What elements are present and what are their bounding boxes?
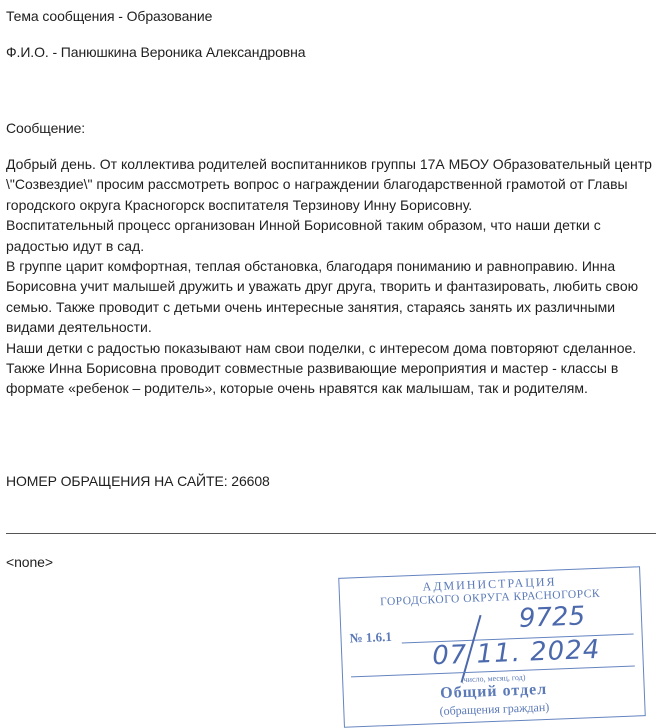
message-paragraph: Наши детки с радостью показывают нам сво… [6, 338, 656, 358]
stamp-number-prefix: № 1.6.1 [349, 629, 392, 647]
stamp-handwritten-number: 9725 [518, 601, 585, 634]
message-label: Сообщение: [6, 118, 85, 138]
divider-line [6, 533, 656, 534]
registration-stamp: АДМИНИСТРАЦИЯ ГОРОДСКОГО ОКРУГА КРАСНОГО… [338, 566, 646, 727]
full-name-line: Ф.И.О. - Панюшкина Вероника Александровн… [6, 42, 305, 62]
subject-line: Тема сообщения - Образование [6, 6, 212, 26]
attachment-text: <none> [6, 552, 53, 572]
scanned-document-page: Тема сообщения - Образование Ф.И.О. - Па… [0, 0, 662, 728]
message-paragraph: Добрый день. От коллектива родителей вос… [6, 154, 656, 215]
message-body: Добрый день. От коллектива родителей вос… [6, 154, 656, 399]
request-number-line: НОМЕР ОБРАЩЕНИЯ НА САЙТЕ: 26608 [6, 471, 270, 491]
message-paragraph: Воспитательный процесс организован Инной… [6, 215, 656, 256]
stamp-handwritten-date: 07 11. 2024 [432, 635, 601, 671]
message-paragraph: В группе царит комфортная, теплая обстан… [6, 256, 656, 338]
message-paragraph: Также Инна Борисовна проводит совместные… [6, 358, 656, 399]
